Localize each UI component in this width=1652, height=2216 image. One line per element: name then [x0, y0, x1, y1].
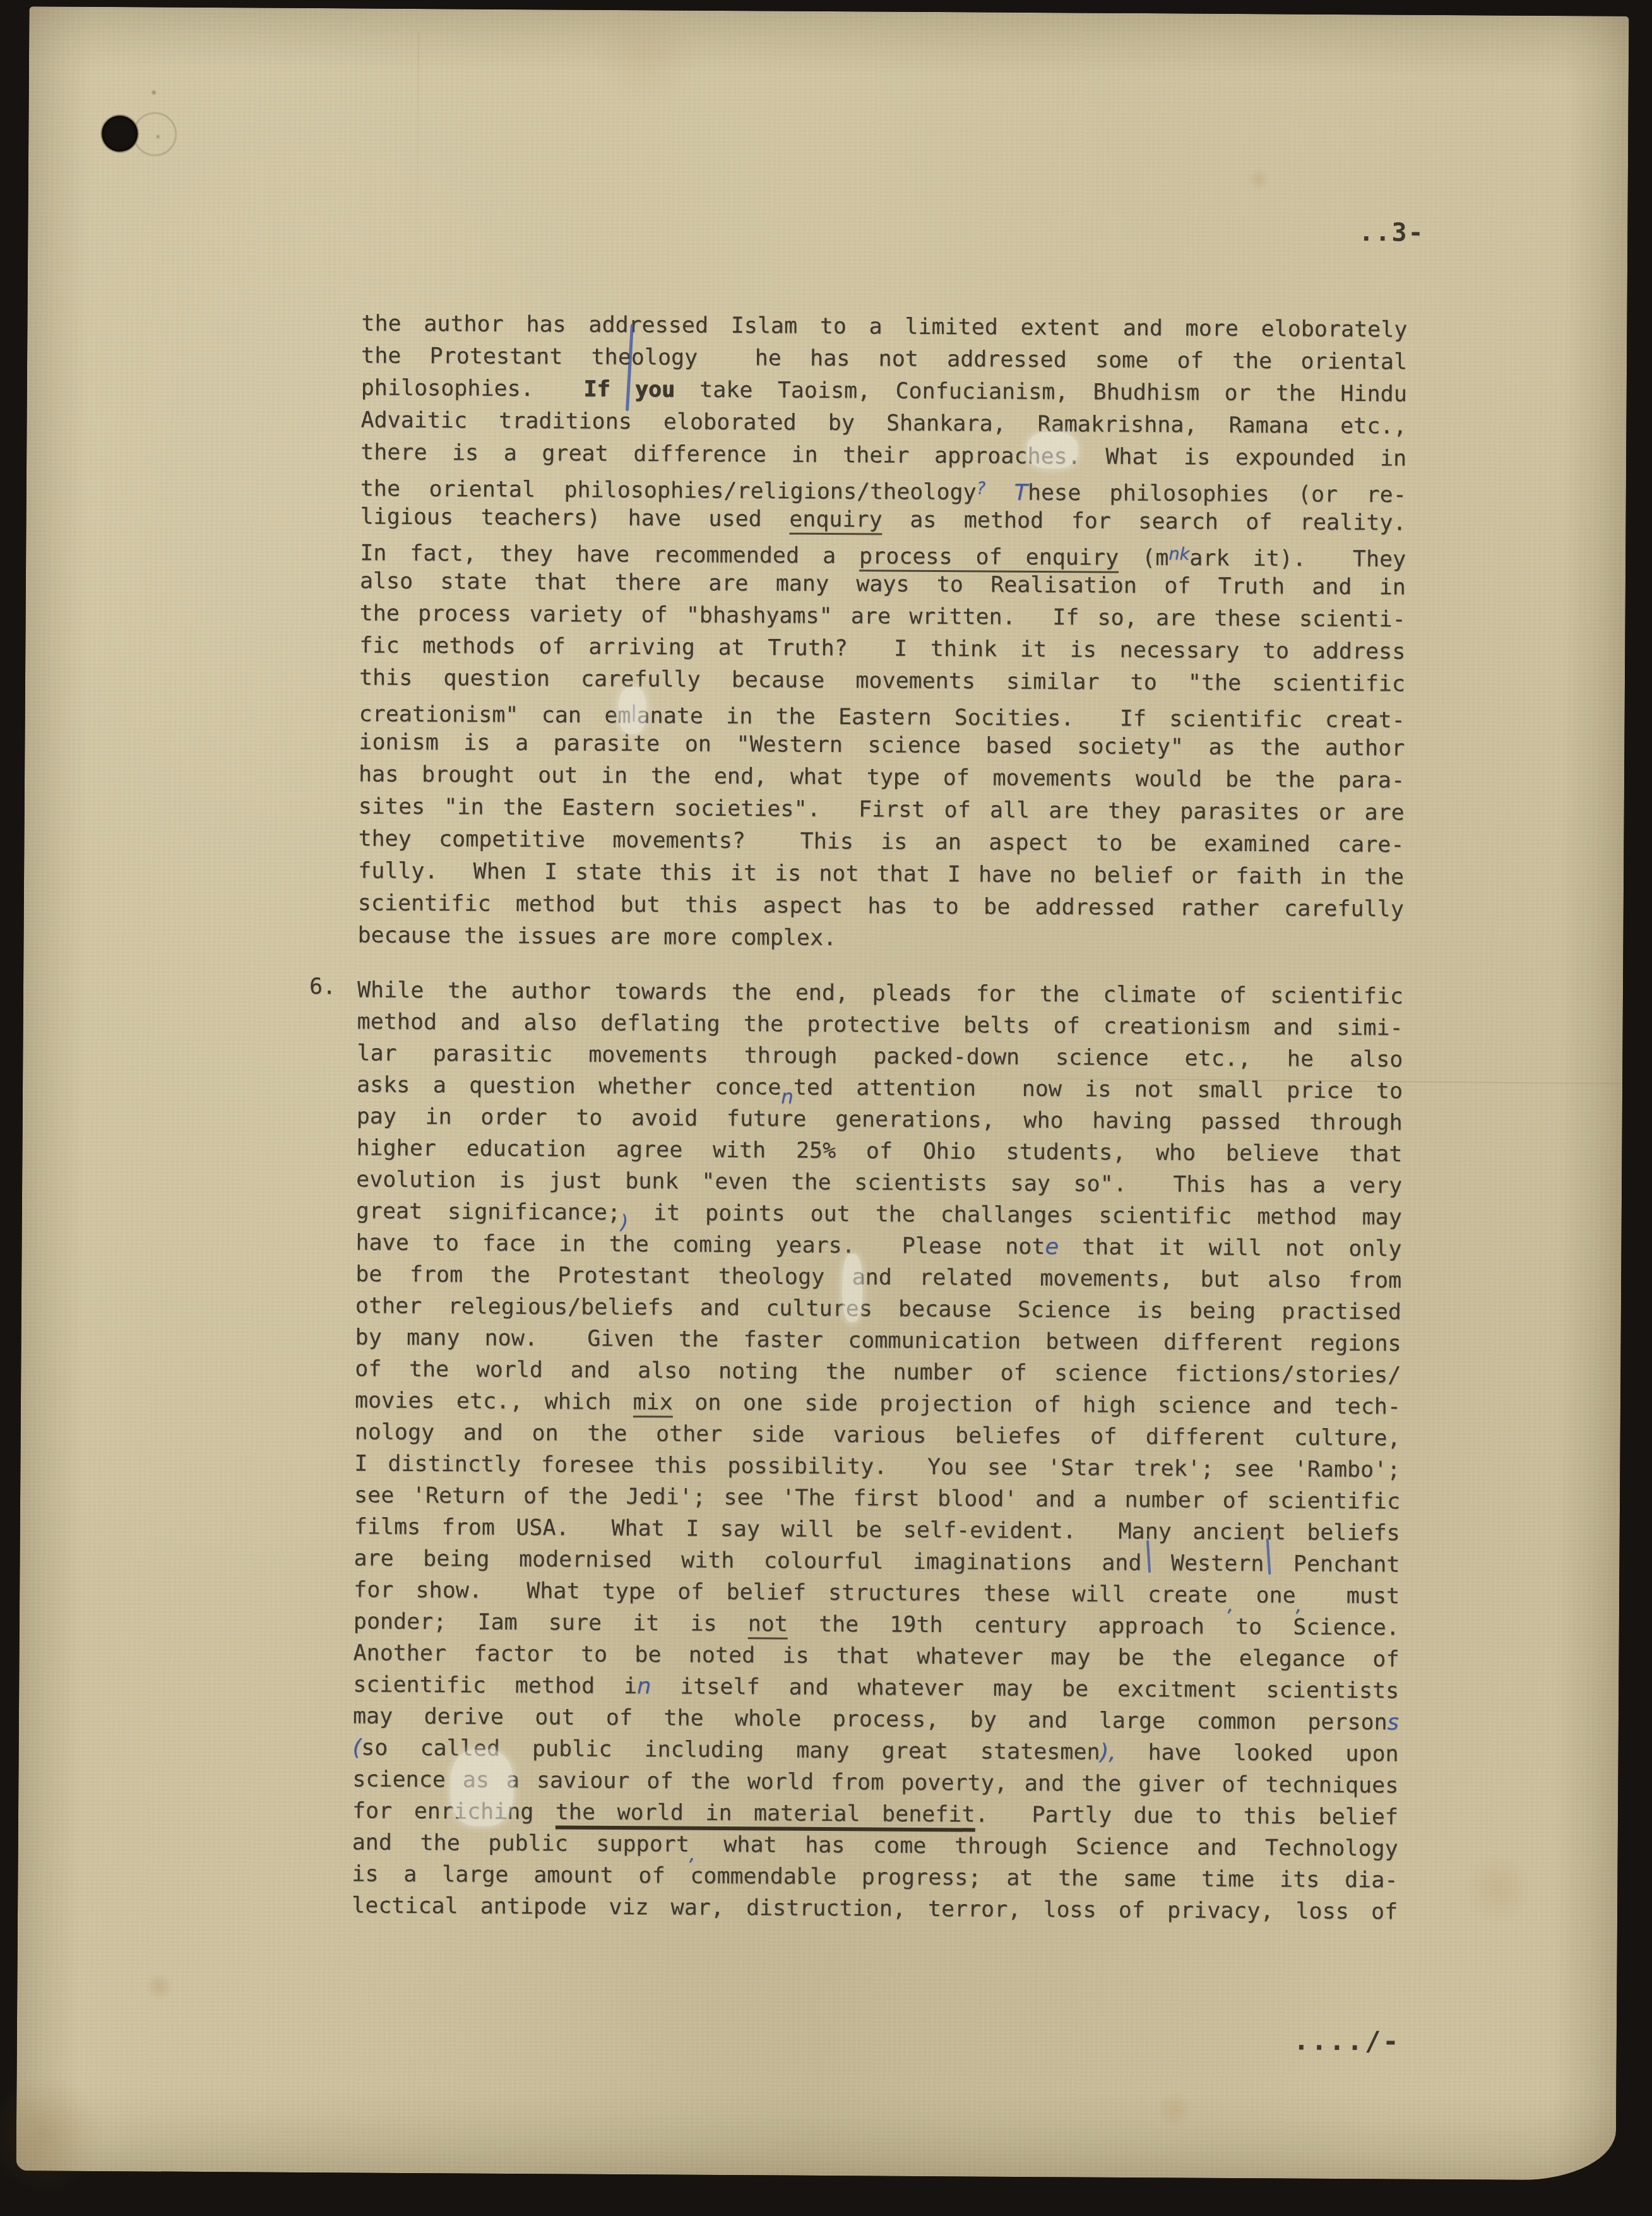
page-number: ..3-: [1358, 218, 1425, 247]
paper-stain: [1157, 2092, 1192, 2127]
paper-stain: [1247, 168, 1270, 191]
correction-fluid-blob: [450, 1749, 514, 1826]
paper-stain: [151, 89, 157, 95]
paper-stain: [590, 4, 698, 112]
continuation-mark: ..../-: [1293, 2025, 1401, 2057]
text-line: because the issues are more complex.: [357, 919, 1403, 958]
paragraph-continuation: the author has addressed Islam to a limi…: [357, 308, 1407, 958]
paper-stain: [155, 134, 160, 140]
punch-hole-ghost-ring: [133, 112, 177, 156]
paper-page: ..3- the author has addressed Islam to a…: [16, 6, 1629, 2180]
paragraph-number: 6.: [309, 974, 336, 999]
punch-hole: [102, 116, 138, 152]
correction-fluid-blob: [1027, 432, 1078, 468]
paper-stain: [1463, 1854, 1533, 1924]
scanned-document-screen: ..3- the author has addressed Islam to a…: [0, 0, 1652, 2216]
correction-fluid-blob: [618, 687, 646, 734]
paper-stain: [145, 1972, 173, 2000]
correction-fluid-blob: [842, 1254, 863, 1322]
text-line: lectical antipode viz war, distruction, …: [352, 1890, 1398, 1927]
